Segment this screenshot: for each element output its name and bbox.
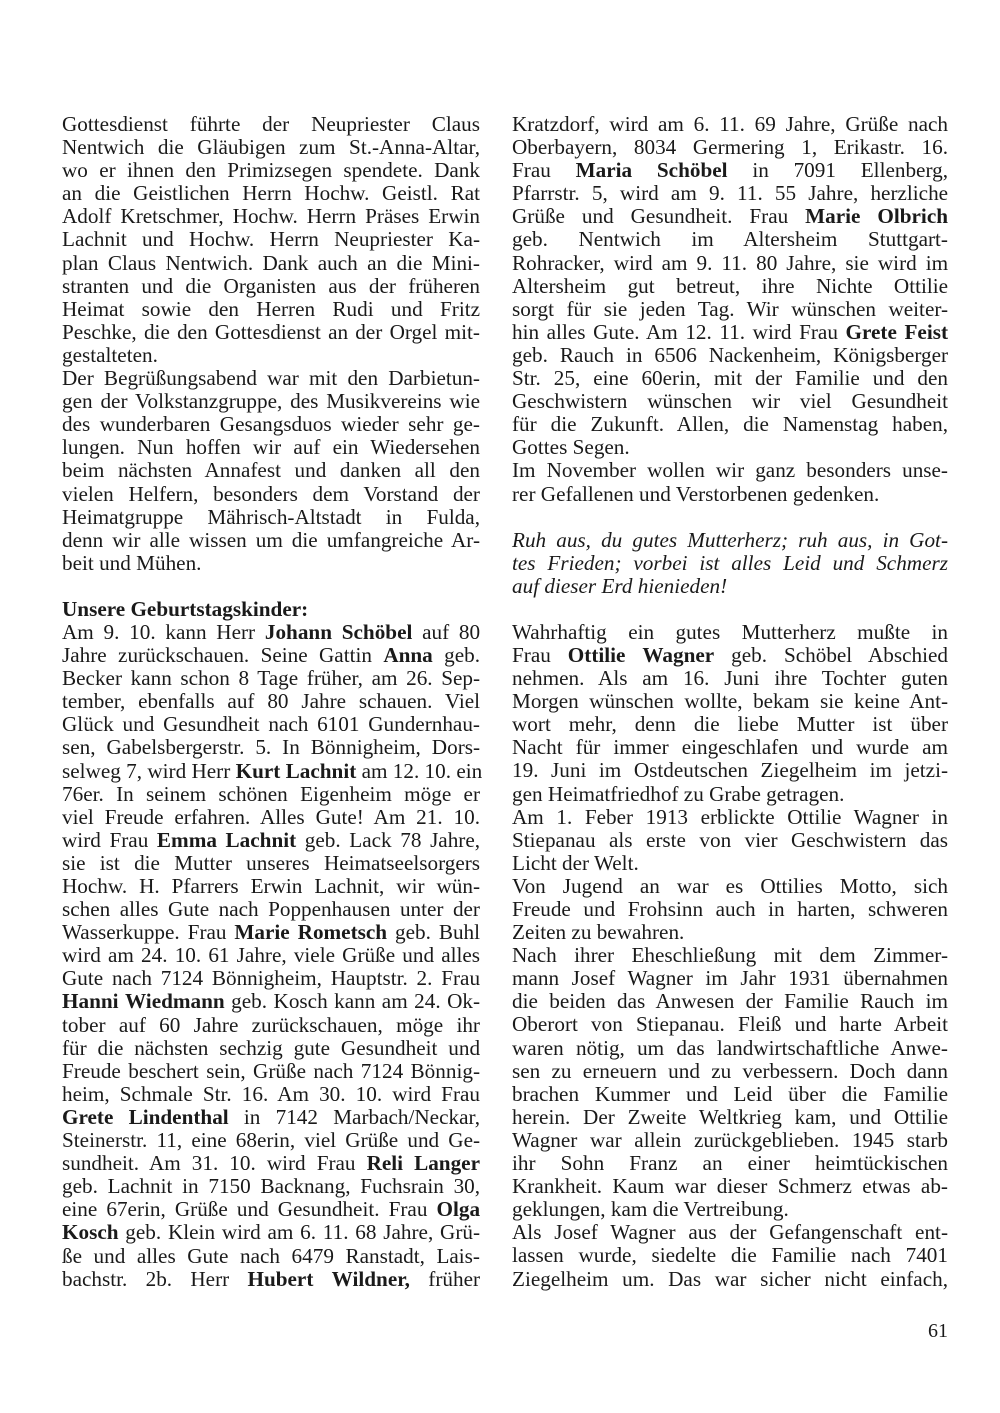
word: 11. [737,181,763,205]
word: die [743,412,769,436]
word: zurückschauen. [118,643,249,667]
page-number: 61 [900,1320,948,1343]
word: Gundernhau- [368,712,480,736]
word: am [922,735,948,759]
word: nach [313,1059,353,1083]
word: Ant- [909,689,948,713]
word: wir [396,874,424,898]
word: Herr [216,620,255,644]
word: ein [628,620,654,644]
text-line: lassen wurde, siedelte die Familie nach … [512,1244,948,1267]
word: Pfarrers [172,874,239,898]
word: Am [646,320,678,344]
word: schon [180,666,229,690]
word: Jahre [62,643,107,667]
word: und [448,1036,480,1060]
word: 11. [719,320,745,344]
person-name: Wiedmann [125,989,225,1013]
word: ein [456,759,482,783]
word: Geschwistern [512,389,627,413]
word: im [870,758,892,782]
word: Nichte [816,274,872,298]
person-name: Lindenthal [129,1105,229,1129]
word: bekam [753,689,809,713]
word: im [926,251,948,275]
paragraph-gottesdienst: Gottesdienst führte der Neupriester Clau… [62,113,480,367]
word: 5. [255,735,271,759]
person-name: Lachnit [226,828,297,852]
word: Frau [441,1082,480,1106]
word: Juni [551,758,586,782]
word: Als [598,666,627,690]
person-name: Maria [576,158,632,182]
word: 12. [393,759,419,783]
word: seinem [146,782,206,806]
person-name: Johann [265,620,332,644]
word: wird [62,828,101,852]
word: Oberbayern, [512,135,617,159]
word: geb. [395,920,431,944]
text-line: lungen. Nun hoffen wir auf ein Wiederseh… [62,436,480,459]
word: nächsten [134,1036,208,1060]
word: nehmen. [512,666,584,690]
text-line: Adolf Kretschmer, Hochw. Herrn Präses Er… [62,205,480,228]
word: Glück [62,712,114,736]
word: und [407,1128,439,1152]
obituary-marriage: Nach ihrer Eheschließung mit dem Zimmer-… [512,944,948,1221]
text-line: sorgt für sie jeden Tag. Wir wünschen we… [512,298,948,321]
word: wird [222,1220,261,1244]
word: Bönnigheim, [311,735,421,759]
word: der [755,366,782,390]
word: Buhl [439,920,480,944]
word: alles [441,943,480,967]
text-line: Pfarrstr. 5, wird am 9. 11. 55 Jahre, he… [512,182,948,205]
text-line: wird am 24. 10. 61 Jahre, viele Grüße un… [62,944,480,967]
word: Frau [109,828,148,852]
word: 6101 [317,712,359,736]
text-line: die beiden das Anwesen der Familie Rauch… [512,990,948,1013]
word: gute [294,1036,330,1060]
text-line: tober auf 60 Jahre zurückschauen, möge i… [62,1014,480,1037]
word: Namenstag [783,412,878,436]
word: am [382,989,408,1013]
word: ihre [762,274,795,298]
paragraph-birthdays: Am 9. 10. kann Herr Johann Schöbel auf 8… [62,621,480,1291]
text-line: Ziegelheim um. Das war sicher nicht einf… [512,1268,948,1291]
text-line: Grete Lindenthal in 7142 Marbach/Neckar, [62,1106,480,1129]
word: im [691,227,713,251]
text-line: 76er. In seinem schönen Eigenheim möge e… [62,783,480,806]
word: geb. [512,227,548,251]
word: herzliche [870,181,948,205]
word: Erwin [251,874,303,898]
word: Kratzdorf, [512,112,600,136]
section-heading-birthdays: Unsere Geburtstagskinder: [62,598,480,621]
person-name: Wagner [642,643,714,667]
word: und [402,943,434,967]
text-line: wort mehr, denn die liebe Mutter ist übe… [512,713,948,736]
text-line: gen Heimatfriedhof zu Grabe getragen. [512,783,948,806]
word: am [658,112,684,136]
text-line: geb. Nentwich im Altersheim Stuttgart- [512,228,948,251]
word: 5, [592,181,608,205]
text-line: geb. Rauch in 6506 Nackenheim, Königsber… [512,344,948,367]
word: erfahren. [174,805,250,829]
word: wird [609,112,648,136]
word: und [811,735,843,759]
word: in [182,1174,198,1198]
word: heim, [62,1082,110,1106]
word: sie [604,297,628,321]
text-line: Im November wollen wir ganz besonders un… [512,459,948,482]
word: Sep- [441,666,480,690]
word: tober [62,1013,106,1037]
word: wird [878,251,917,275]
word: Juni [724,666,759,690]
word: mußte [857,620,910,644]
word: Nackenheim, [709,343,821,367]
person-name: Kurt [236,759,281,783]
word: ihre [774,666,807,690]
word: 80 [459,620,480,644]
word: Frau [512,158,551,182]
text-line: denn wir alle wissen um die umfangreiche… [62,529,480,552]
word: Eigenheim [300,782,392,806]
word: Allen, [677,412,729,436]
word: Gesundheit [852,389,949,413]
word: 7, [126,759,142,783]
word: Kosch [274,989,328,1013]
word: Jahre, [786,251,836,275]
text-line: Als Josef Wagner aus der Gefangenschaft … [512,1221,948,1244]
word: Ottilie [894,274,948,298]
word: Gabelsbergerstr. [107,735,245,759]
right-column: Kratzdorf, wird am 6. 11. 69 Jahre, Grüß… [512,113,948,1291]
word: geb. [125,1220,161,1244]
word: liebe [738,712,779,736]
word: wird [620,181,659,205]
word: 10. [356,1082,382,1106]
text-line: Ruh aus, du gutes Mutterherz; ruh aus, i… [512,529,948,552]
word: Pfarrstr. [512,181,580,205]
text-line: sundheit. Am 31. 10. wird Frau Reli Lang… [62,1152,480,1175]
word: Altersheim [512,274,606,298]
text-line: brachen Kummer und Leid über die Familie [512,1083,948,1106]
text-line: stranten und die Organisten aus der früh… [62,275,480,298]
text-line: des wunderbaren Gesangsduos wieder sehr … [62,413,480,436]
word: Gute. [593,320,639,344]
word: 1, [801,135,817,159]
word: eingeschlafen [682,735,798,759]
text-line: wo er ihnen den Primizsegen spendete. Da… [62,159,480,182]
word: Str. [203,1082,232,1106]
person-name: Schöbel [342,620,413,644]
word: ist [100,851,120,875]
word: Am [149,1151,181,1175]
word: In [282,735,300,759]
text-line: wird Frau Emma Lachnit geb. Lack 78 Jahr… [62,829,480,852]
word: Lack [349,828,391,852]
person-name: Reli [367,1151,403,1175]
text-line: geklungen, kam die Vertreibung. [512,1198,948,1221]
text-line: Wagner war allein zurückgeblieben. 1945 … [512,1129,948,1152]
word: nach [219,897,259,921]
word: betreut, [676,274,740,298]
text-line: ihr Sohn Franz an einer heimtückischen [512,1152,948,1175]
word: Nentwich [578,227,660,251]
text-line: herein. Der Zweite Weltkrieg kam, und Ot… [512,1106,948,1129]
word: 80 [267,689,288,713]
word: sie [820,689,844,713]
text-line: Krankheit. Kaum war dieser Schmerz etwas… [512,1175,948,1198]
word: alles [547,320,586,344]
word: Abschied [868,643,948,667]
word: unseres [246,851,310,875]
word: Mutterherz [742,620,836,644]
word: Backnang, [260,1174,350,1198]
poem-quote: Ruh aus, du gutes Mutterherz; ruh aus, i… [512,529,948,598]
word: am [662,251,688,275]
word: 8 [238,666,249,690]
word: alles [120,897,159,921]
word: und [582,204,614,228]
word: mehr, [569,712,617,736]
left-column: Gottesdienst führte der Neupriester Clau… [62,113,480,1291]
text-line: Gottes Segen. [512,436,948,459]
person-name: Rometsch [298,920,387,944]
word: am [671,181,697,205]
word: in [932,620,948,644]
text-line: Altersheim gut betreut, ihre Nichte Otti… [512,275,948,298]
text-line: Geschwistern wünschen wir viel Gesundhei… [512,390,948,413]
text-line: viel Freude erfahren. Alles Gute! Am 21.… [62,806,480,829]
text-line: rer Gefallenen und Verstorbenen gedenken… [512,483,948,506]
word: Morgen [512,689,579,713]
word: beschert [128,1059,199,1083]
word: Jahre, [786,112,836,136]
word: getragen. [766,782,844,806]
word: 7124 [361,1059,403,1083]
spacer [512,506,948,529]
word: weiter- [888,297,948,321]
word: Hochw. [62,874,127,898]
word: möge [396,1013,443,1037]
word: 11. [721,251,747,275]
obituary-youth: Von Jugend an war es Ottilies Motto, sic… [512,875,948,944]
word: viel [304,1128,336,1152]
word: Rauch [560,343,614,367]
text-line: Str. 25, eine 60erin, mit der Familie un… [512,367,948,390]
word: Steinerstr. [62,1128,147,1152]
word: sein, [206,1059,245,1083]
word: Frau [389,1197,428,1221]
word: am [267,1220,293,1244]
word: Ok- [447,989,480,1013]
word: 68 [355,1220,376,1244]
word: wollte, [684,689,742,713]
word: und [123,712,155,736]
text-line: Wahrhaftig ein gutes Mutterherz mußte in [512,621,948,644]
word: Gute [187,1244,228,1268]
word: in [626,343,642,367]
word: Lachnit [108,1174,173,1198]
text-line: Von Jugend an war es Ottilies Motto, sic… [512,875,948,898]
word: Heimatseelsorgers [324,851,480,875]
word: der [453,897,480,921]
word: Marbach/Neckar, [333,1105,480,1129]
text-line: selweg 7, wird Herr Kurt Lachnit am 12. … [62,760,480,783]
word: 7124 [161,966,203,990]
text-line: Hochw. H. Pfarrers Erwin Lachnit, wir wü… [62,875,480,898]
word: ist [872,712,892,736]
word: Wir [747,297,779,321]
word: 60erin, [641,366,700,390]
word: wird [62,943,101,967]
word: am [642,666,668,690]
word: Grüße [845,112,898,136]
word: 6479 [292,1244,334,1268]
word: Am [62,620,94,644]
word: jetzi- [904,758,948,782]
word: 68erin, [236,1128,295,1152]
text-line: Frau Maria Schöbel in 7091 Ellenberg, [512,159,948,182]
person-name: Grete [846,320,897,344]
paragraph-begruessungsabend: Der Begrüßungsabend war mit den Darbietu… [62,367,480,575]
text-line: Morgen wünschen wollte, bekam sie keine … [512,690,948,713]
word: Freude [105,805,164,829]
word: 2b. [146,1267,172,1291]
word: Grüße [512,204,565,228]
text-line: Licht der Welt. [512,852,948,875]
word: 6506 [654,343,696,367]
person-name: Marie [805,204,860,228]
word: 11. [323,1220,349,1244]
word: Jahre [194,1013,239,1037]
word: keine [854,689,900,713]
text-line: tember, ebenfalls auf 80 Jahre schauen. … [62,690,480,713]
word: 24. [414,989,440,1013]
word: Am [374,805,406,829]
person-name: Emma [157,828,217,852]
word: Grüße [345,1128,398,1152]
word: wünschen [589,689,674,713]
word: Ranstadt, [345,1244,424,1268]
text-line: bachstr. 2b. Herr Hubert Wildner, früher [62,1268,480,1291]
text-line: Rohracker, wird am 9. 11. 80 Jahre, sie … [512,252,948,275]
text-line: Grüße und Gesundheit. Frau Marie Olbrich [512,205,948,228]
word: 10. [425,759,451,783]
person-name: Hubert [247,1267,313,1291]
person-name: Olga [437,1197,481,1221]
word: viel [62,805,94,829]
text-line: mann Josef Wagner im Jahr 1931 übernahme… [512,967,948,990]
word: Gute [62,966,103,990]
word: guten [901,666,948,690]
word: Str. [512,366,541,390]
text-line: heim, Schmale Str. 16. Am 30. 10. wird F… [62,1083,480,1106]
word: nach [112,966,152,990]
word: 61 [208,943,229,967]
text-line: auf dieser Erd hienieden! [512,575,948,598]
text-line: gen der Volkstanzgruppe, des Musikverein… [62,390,480,413]
word: Jahre, [383,1220,433,1244]
word: 80 [756,251,777,275]
text-line: waren nötig, um das landwirtschaftliche … [512,1037,948,1060]
person-name: Kosch [62,1220,119,1244]
word: Alles [260,805,305,829]
word: 16. [242,1082,268,1106]
word: immer [613,735,668,759]
word: Frau [188,920,227,944]
word: haben, [892,412,948,436]
word: Erikastr. [834,135,905,159]
person-name: Grete [62,1105,113,1129]
word: Gute! [316,805,364,829]
word: sorgt [512,297,554,321]
word: Nacht [512,735,563,759]
word: für [567,297,592,321]
word: 10. [229,1151,255,1175]
word: Tag. [698,297,735,321]
word: Hauptstr. [331,966,408,990]
text-line: Wasserkuppe. Frau Marie Rometsch geb. Bu… [62,921,480,944]
word: In [116,782,134,806]
word: wir [752,389,780,413]
word: Lachnit, [314,874,384,898]
word: über [910,712,948,736]
word: für [576,735,601,759]
word: 10. [175,943,201,967]
word: Wasserkuppe. [62,920,180,944]
word: Becker [62,666,122,690]
word: 12. [685,320,711,344]
word: Jahre, [237,943,287,967]
word: möge [404,782,451,806]
word: 6. [300,1220,316,1244]
person-name: Wildner, [332,1267,410,1291]
word: 7091 [794,158,836,182]
text-line: für die nächsten sechzig gute Gesundheit… [62,1037,480,1060]
word: Grüße [175,1197,228,1221]
person-name: Ottilie [568,643,626,667]
word: sie [62,851,86,875]
word: wird [614,251,653,275]
word: sundheit. [62,1151,139,1175]
word: am [362,759,388,783]
text-line: 19. Juni im Ostdeutschen Ziegelheim im j… [512,759,948,782]
word: 67erin, [106,1197,165,1221]
word: 25, [554,366,580,390]
text-line: Freude und Frohsinn auch in harten, schw… [512,898,948,921]
word: Frau [749,204,788,228]
word: 10. [454,805,480,829]
word: für [62,1036,87,1060]
word: 16. [683,666,709,690]
word: wurde [856,735,909,759]
word: Bönnig- [411,1059,480,1083]
word: Gesundheit. [631,204,733,228]
person-name: Schöbel [657,158,728,182]
word: Rohracker, [512,251,605,275]
word: Grabe [709,782,761,806]
word: Lais- [436,1244,480,1268]
word: Herr [191,759,230,783]
word: 24. [141,943,167,967]
word: eine [191,1128,226,1152]
word: 21. [416,805,442,829]
word: kann [131,666,172,690]
